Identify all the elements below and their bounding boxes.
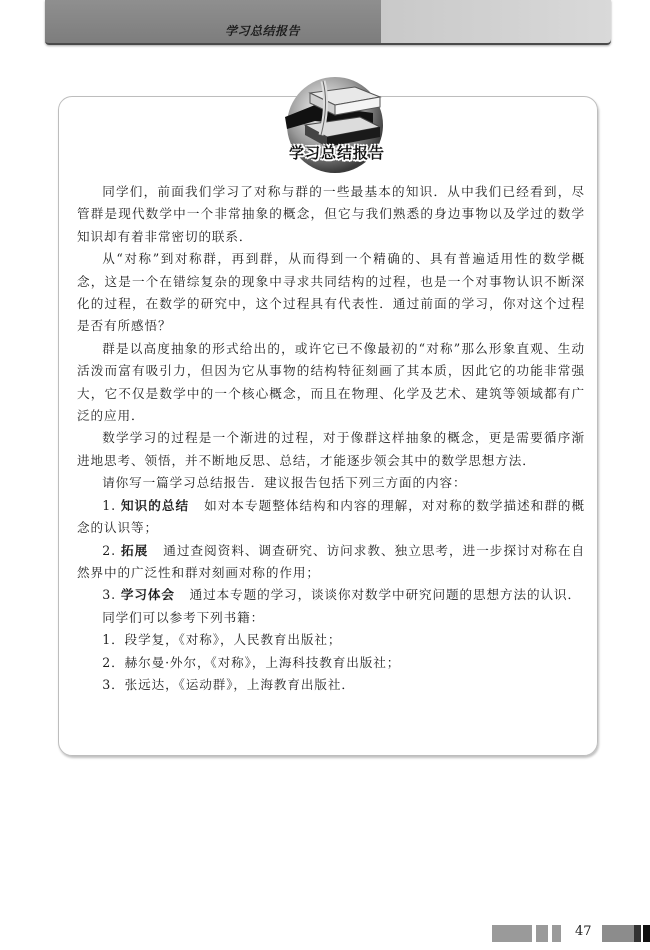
book-item: 3．张远达，《运动群》，上海教育出版社． — [77, 674, 585, 696]
footer-block — [552, 925, 561, 942]
footer-block — [643, 925, 650, 942]
aspect-item: 2. 拓展 通过查阅资料、调查研究、访问求教、独立思考，进一步探讨对称在自然界中… — [77, 540, 585, 585]
paragraph: 数学学习的过程是一个渐进的过程，对于像群这样抽象的概念，更是需要循序渐进地思考、… — [77, 427, 585, 472]
header-light-panel — [381, 0, 611, 43]
aspect-text: 通过查阅资料、调查研究、访问求教、独立思考，进一步探讨对称在自然界中的广泛性和群… — [77, 543, 585, 580]
paragraph: 同学们，前面我们学习了对称与群的一些最基本的知识．从中我们已经看到，尽管群是现代… — [77, 181, 585, 248]
aspect-keyword: 拓展 — [121, 543, 148, 558]
books-globe-icon — [255, 75, 405, 180]
aspect-number: 3. — [102, 587, 116, 602]
paragraph: 请你写一篇学习总结报告．建议报告包括下列三方面的内容： — [77, 472, 585, 494]
paragraph: 群是以高度抽象的形式给出的，或许它已不像最初的“对称”那么形象直观、生动活泼而富… — [77, 338, 585, 428]
footer-block — [602, 925, 634, 942]
aspect-keyword: 学习体会 — [121, 587, 175, 602]
page-number: 47 — [575, 924, 592, 939]
footer-block — [492, 925, 532, 942]
footer-block — [536, 925, 548, 942]
book-item: 1．段学复，《对称》，人民教育出版社； — [77, 629, 585, 651]
running-header-bar: 学习总结报告 — [45, 0, 611, 45]
report-body: 同学们，前面我们学习了对称与群的一些最基本的知识．从中我们已经看到，尽管群是现代… — [77, 181, 585, 696]
report-title: 学习总结报告 — [272, 142, 402, 163]
running-header-title: 学习总结报告 — [225, 22, 300, 39]
books-intro: 同学们可以参考下列书籍： — [77, 607, 585, 629]
aspect-keyword: 知识的总结 — [121, 498, 189, 513]
aspect-number: 2. — [102, 543, 116, 558]
aspect-item: 3. 学习体会 通过本专题的学习，谈谈你对数学中研究问题的思想方法的认识． — [77, 584, 585, 606]
footer-block — [634, 925, 641, 942]
aspect-item: 1. 知识的总结 如对本专题整体结构和内容的理解，对对称的数学描述和群的概念的认… — [77, 495, 585, 540]
book-item: 2．赫尔曼·外尔，《对称》，上海科技教育出版社； — [77, 652, 585, 674]
paragraph: 从“对称”到对称群，再到群，从而得到一个精确的、具有普遍适用性的数学概念，这是一… — [77, 248, 585, 338]
page-footer: 47 — [480, 925, 650, 943]
reference-books: 同学们可以参考下列书籍： 1．段学复，《对称》，人民教育出版社； 2．赫尔曼·外… — [77, 607, 585, 697]
aspect-text: 通过本专题的学习，谈谈你对数学中研究问题的思想方法的认识． — [190, 587, 581, 602]
aspect-number: 1. — [102, 498, 116, 513]
